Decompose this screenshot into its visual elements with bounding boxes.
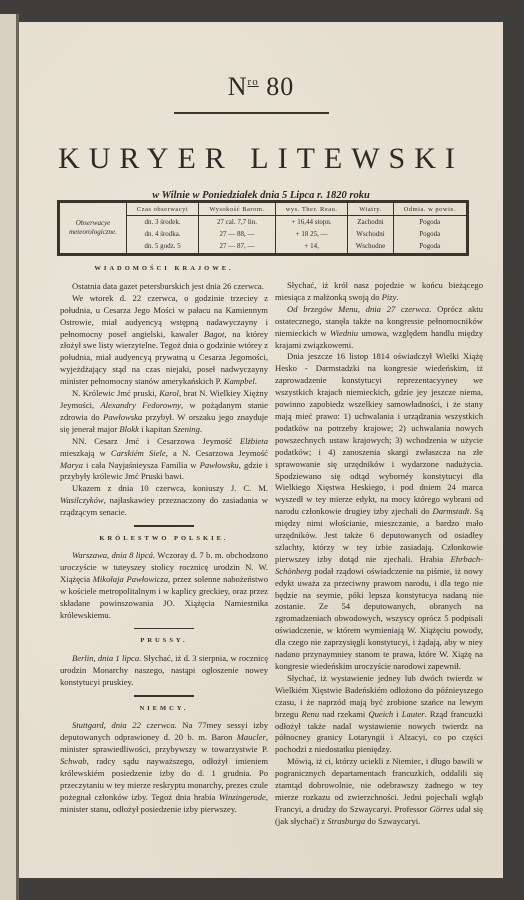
paragraph: Stuttgard, dnia 22 czerwca. Na 77mey ses… (60, 720, 268, 815)
issue-suffix: ro (248, 76, 259, 88)
left-column: WIADOMOŚCI KRAJOWE. Ostatnia data gazet … (60, 257, 268, 816)
paragraph: Słychać, iż wystawienie jedney lub dwóch… (275, 673, 483, 756)
paragraph: Warszawa, dnia 8 lipcá. Wczoray d. 7 b. … (60, 550, 268, 621)
title-rule (174, 112, 329, 114)
meteo-thermometer: + 18 25, — (275, 229, 348, 241)
masthead-title: KURYER LITEWSKI (19, 142, 503, 176)
section-heading-prussia: PRUSSY. (60, 635, 268, 647)
section-divider (134, 525, 194, 527)
paragraph: N. Królewic Jmć pruski, Karol, brat N. W… (60, 388, 268, 436)
meteo-weather: Pogoda (393, 216, 467, 229)
paragraph: We wtorek d. 22 czerwca, o godzinie trze… (60, 293, 268, 388)
paragraph: Słychać, iż król nasz pojedzie w końcu b… (275, 280, 483, 304)
section-heading-domestic-news: WIADOMOŚCI KRAJOWE. (60, 263, 268, 275)
newspaper-page: Nro 80 KURYER LITEWSKI w Wilnie w Ponied… (19, 22, 503, 878)
right-column: Słychać, iż król nasz pojedzie w końcu b… (275, 280, 483, 828)
section-heading-kingdom-of-poland: KRÓLESTWO POLSKIE. (60, 533, 268, 545)
meteo-header-winds: Wiatry. (348, 203, 393, 216)
paragraph: Dnia jeszcze 16 listop 1814 oświadczył W… (275, 351, 483, 672)
meteo-wind: Wschodni (348, 229, 393, 241)
meteo-time: dn. 4 środka. (127, 229, 199, 241)
meteorological-table: Obserwacye meteorologiczne. Czas obserwa… (57, 200, 469, 256)
meteo-header-thermometer: wys. Ther. Reau. (275, 203, 348, 216)
paragraph: Berlin, dnia 1 lipca. Słychać, iż d. 3 s… (60, 653, 268, 689)
meteo-time: dn. 5 godz. 5 (127, 241, 199, 253)
meteo-label: Obserwacye meteorologiczne. (59, 203, 127, 253)
meteo-header-barometer: Wysokość Barom. (199, 203, 276, 216)
meteo-thermometer: + 14, (275, 241, 348, 253)
meteo-thermometer: + 16,44 stopn. (275, 216, 348, 229)
issue-prefix: N (228, 72, 248, 101)
issue-number: Nro 80 (19, 72, 503, 102)
section-divider (134, 628, 194, 630)
paragraph: Ukazem z dnia 10 czerwca, koniuszy J. C.… (60, 483, 268, 519)
meteo-header-time: Czas obserwacyi (127, 203, 199, 216)
meteo-header-weather: Odmia. w powie. (393, 203, 467, 216)
section-divider (134, 695, 194, 697)
meteo-barometer: 27 cal. 7,7 lin. (199, 216, 276, 229)
meteo-wind: Wschodne (348, 241, 393, 253)
adjacent-page-strip (0, 14, 17, 900)
meteo-time: dn. 3 środek. (127, 216, 199, 229)
paragraph: Mówią, iż ci, którzy uciekli z Niemiec, … (275, 756, 483, 827)
meteo-weather: Pogoda (393, 229, 467, 241)
meteo-barometer: 27 — 87, — (199, 241, 276, 253)
issue-number-value: 80 (266, 72, 294, 101)
meteo-weather: Pogoda (393, 241, 467, 253)
section-heading-germany: NIEMCY. (60, 703, 268, 715)
paragraph: Ostatnia data gazet petersburskich jest … (60, 281, 268, 293)
meteo-wind: Zachodni (348, 216, 393, 229)
paragraph: Od brzegów Menu, dnia 27 czerwca. Oprócz… (275, 304, 483, 352)
meteo-barometer: 27 — 88, — (199, 229, 276, 241)
paragraph: NN. Cesarz Jmć i Cesarzowa Jeymość Elżbi… (60, 436, 268, 484)
